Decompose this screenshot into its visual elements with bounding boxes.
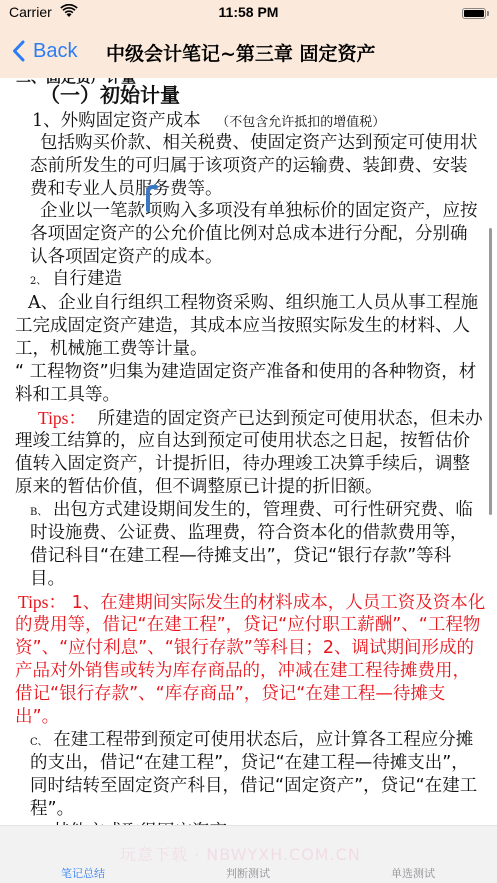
battery-icon bbox=[462, 8, 486, 19]
paragraph-line: “ 工程物资”归集为建造固定资产准备和使用的各种物资，材 bbox=[15, 361, 476, 383]
item2-heading: 2、 自行建造 bbox=[30, 268, 122, 293]
tab-bar: 玩意下载 · NBWYXH.COM.CN 笔记总结 判断测试 单选测试 bbox=[0, 825, 497, 883]
tips-line: 资”、“应付利息”、“银行存款”等科目；2、调试期间形成的 bbox=[15, 637, 474, 659]
paragraph-line: A、企业自行组织工程物资采购、组织施工人员从事工程施 bbox=[28, 292, 478, 314]
clock: 11:58 PM bbox=[0, 4, 497, 20]
paragraph-line: 态前所发生的可归属于该项资产的运输费、装卸费、安装 bbox=[30, 155, 468, 177]
item2-title: 自行建造 bbox=[52, 269, 122, 289]
tips2-first-line: Tips： 1、在建期间实际发生的材料成本，人员工资及资本化 bbox=[18, 591, 485, 614]
item1-title: 1、外购固定资产成本 bbox=[32, 111, 201, 131]
paragraph-line: 同时结转至固定资产科目，借记“固定资产”，贷记“在建工 bbox=[30, 775, 477, 797]
paragraph-line: 企业以一笔款项购入多项没有单独标价的固定资产，应按 bbox=[40, 200, 478, 222]
back-label: Back bbox=[33, 40, 77, 63]
pB-number: B、 bbox=[30, 507, 47, 518]
paragraph-line: 程”。 bbox=[30, 798, 74, 820]
page-title: 中级会计笔记~第三章 固定资产 bbox=[106, 39, 376, 66]
watermark: 玩意下载 · NBWYXH.COM.CN bbox=[120, 842, 361, 865]
tips-line: 的费用等，借记“在建工程”，贷记“应付职工薪酬”、“工程物 bbox=[15, 614, 480, 636]
tips-label: Tips： bbox=[18, 592, 66, 612]
paragraph-text: A、企业自行组织工程物资采购、组织施工人员从事工程施 bbox=[28, 293, 478, 313]
pC-text: 在建工程带到预定可使用状态后，应计算各工程应分摊 bbox=[53, 730, 473, 750]
tab-notes-summary[interactable]: 笔记总结 bbox=[23, 865, 143, 881]
paragraph-line: 的支出，借记“在建工程”，贷记“在建工程—待摊支出”， bbox=[30, 752, 469, 774]
scrollbar[interactable] bbox=[489, 228, 492, 515]
battery-tip bbox=[487, 11, 489, 16]
paragraph-line: 值转入固定资产，计提折旧，待办理竣工决算手续后，调整 bbox=[15, 453, 470, 475]
paragraph-line: 费和专业人员服务费等。 bbox=[30, 178, 223, 200]
header: Carrier 11:58 PM Back 中级会计笔记~第三章 固定资产 bbox=[0, 0, 497, 78]
back-button[interactable]: Back bbox=[12, 38, 77, 64]
item1-heading: 1、外购固定资产成本 （不包含允许抵扣的增值税） bbox=[32, 110, 385, 134]
paragraph-line: 原来的暂估价值，但不调整原已计提的折旧额。 bbox=[15, 476, 383, 498]
pC-first-line: C、 在建工程带到预定可使用状态后，应计算各工程应分摊 bbox=[30, 729, 473, 754]
tips-line: 出”。 bbox=[15, 706, 59, 728]
pC-number: C、 bbox=[30, 737, 48, 748]
tips-line: 借记“银行存款”、“库存商品”，贷记“在建工程—待摊支 bbox=[15, 683, 445, 705]
paragraph-line: 借记科目“在建工程—待摊支出”，贷记“银行存款”等科 bbox=[30, 545, 451, 567]
item1-note: （不包含允许抵扣的增值税） bbox=[216, 115, 385, 130]
paragraph-line: 料和工具等。 bbox=[15, 384, 120, 406]
chevron-left-icon bbox=[12, 40, 25, 62]
pB-first-line: B、 出包方式建设期间发生的，管理费、可行性研究费、临 bbox=[30, 499, 473, 524]
status-bar: Carrier 11:58 PM bbox=[0, 0, 497, 24]
paragraph-line: 时设施费、公证费、监理费，符合资本化的借款费用等， bbox=[30, 522, 468, 544]
tips-label: Tips： bbox=[38, 408, 86, 428]
tips1-first-line: Tips： 所建造的固定资产已达到预定可使用状态，但未办 bbox=[38, 407, 483, 430]
paragraph-line: 目。 bbox=[30, 568, 65, 590]
pB-text: 出包方式建设期间发生的，管理费、可行性研究费、临 bbox=[53, 500, 473, 520]
tips-text: 1、在建期间实际发生的材料成本，人员工资及资本化 bbox=[72, 593, 486, 613]
subheading: （一）初始计量 bbox=[40, 82, 180, 108]
paragraph-line: 工，机械施工费等计量。 bbox=[15, 338, 208, 360]
nav-bar: Back 中级会计笔记~第三章 固定资产 bbox=[0, 24, 497, 78]
notes-content[interactable]: 二、固定资产计量 （一）初始计量 1、外购固定资产成本 （不包含允许抵扣的增值税… bbox=[0, 78, 497, 825]
tips-line: 产品对外销售或转为库存商品的，冲减在建工程待摊费用， bbox=[15, 660, 470, 682]
paragraph-line: 工完成固定资产建造，其成本应当按照实际发生的材料、人 bbox=[15, 315, 470, 337]
tab-single-choice-test[interactable]: 单选测试 bbox=[353, 865, 473, 881]
tips-text: 所建造的固定资产已达到预定可使用状态，但未办 bbox=[98, 409, 483, 429]
paragraph-line: 理竣工结算的，应自达到预定可使用状态之日起，按暂估价 bbox=[15, 430, 470, 452]
paragraph-line: 各项固定资产的公允价值比例对总成本进行分配，分别确 bbox=[30, 223, 468, 245]
paragraph-line: 包括购买价款、相关税费、使固定资产达到预定可使用状 bbox=[40, 132, 478, 154]
paragraph-line: 认各项固定资产的成本。 bbox=[30, 246, 223, 268]
cursor-icon bbox=[145, 184, 159, 212]
tab-true-false-test[interactable]: 判断测试 bbox=[188, 865, 308, 881]
item2-number: 2、 bbox=[30, 276, 46, 287]
